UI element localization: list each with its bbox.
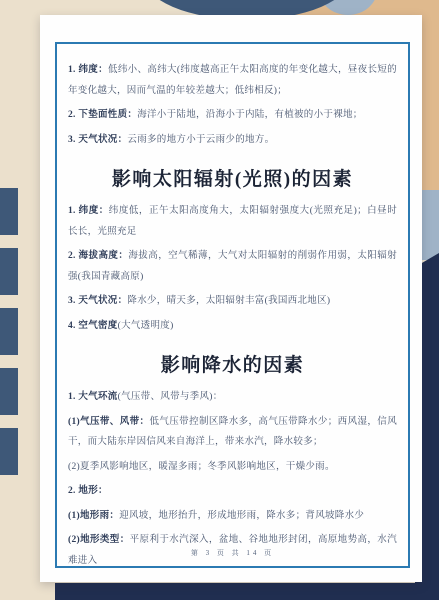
document-line: 3. 天气状况：云雨多的地方小于云雨少的地方。 xyxy=(68,130,397,151)
scanned-notes-page: { "colors":{ "beige":"#ebe0cc","tan":"#d… xyxy=(0,0,439,600)
section-heading: 影响降水的因素 xyxy=(68,350,397,377)
document-line: 2. 下垫面性质：海洋小于陆地，沿海小于内陆，有植被的小于裸地； xyxy=(68,105,397,126)
left-bars-decoration xyxy=(0,188,18,475)
document-line: 4. 空气密度(大气透明度) xyxy=(68,316,397,337)
document-line: 1. 纬度：低纬小、高纬大(纬度越高正午太阳高度的年变化越大，昼夜长短的年变化越… xyxy=(68,60,397,101)
document-line: 1. 大气环流(气压带、风带与季风)： xyxy=(68,387,397,408)
content-border-box: 1. 纬度：低纬小、高纬大(纬度越高正午太阳高度的年变化越大，昼夜长短的年变化越… xyxy=(55,42,410,568)
document-line: (1)气压带、风带：低气压带控制区降水多，高气压带降水少；西风湿，信风干，而大陆… xyxy=(68,412,397,453)
document-line: 3. 天气状况：降水少，晴天多，太阳辐射丰富(我国西北地区) xyxy=(68,291,397,312)
page-number-footer: 第 3 页 共 14 页 xyxy=(57,548,408,558)
document-line: 2. 海拔高度：海拔高，空气稀薄，大气对太阳辐射的削弱作用弱，太阳辐射强(我国青… xyxy=(68,246,397,287)
document-line: (2)夏季风影响地区，暖湿多雨；冬季风影响地区，干燥少雨。 xyxy=(68,457,397,478)
bottom-navy-strip xyxy=(55,583,439,600)
document-line: 1. 纬度：纬度低，正午太阳高度角大，太阳辐射强度大(光照充足)；白昼时长长，光… xyxy=(68,201,397,242)
paper-sheet: 1. 纬度：低纬小、高纬大(纬度越高正午太阳高度的年变化越大，昼夜长短的年变化越… xyxy=(40,15,422,582)
section-heading: 影响太阳辐射(光照)的因素 xyxy=(68,164,397,191)
document-line: (1)地形雨：迎风坡，地形抬升，形成地形雨，降水多；背风坡降水少 xyxy=(68,506,397,527)
document-body: 1. 纬度：低纬小、高纬大(纬度越高正午太阳高度的年变化越大，昼夜长短的年变化越… xyxy=(68,60,397,568)
document-line: 2. 地形： xyxy=(68,481,397,502)
